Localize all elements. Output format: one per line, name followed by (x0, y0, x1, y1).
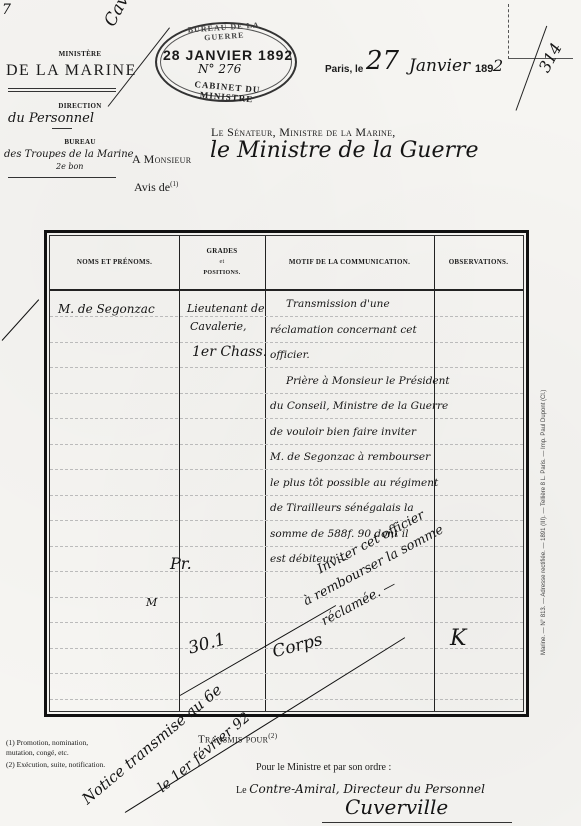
direction-value: du Personnel (8, 111, 94, 126)
column-header-names: NOMS ET PRÉNOMS. (50, 236, 179, 289)
column-header-observations: OBSERVATIONS. (434, 236, 523, 289)
ruled-line (50, 495, 523, 496)
ruled-line (50, 469, 523, 470)
ruled-line (50, 597, 523, 598)
header-rule (8, 88, 116, 92)
motif-line: de Tirailleurs sénégalais la (270, 502, 414, 514)
dateline-month: Janvier (409, 56, 470, 76)
motif-line: de vouloir bien faire inviter (270, 426, 416, 438)
ruled-line (50, 622, 523, 623)
motif-line: M. de Segonzac à rembourser (270, 451, 430, 463)
ministry-label: MINISTÈRE (40, 50, 120, 58)
dateline-year-hand: 2 (493, 56, 503, 75)
cell-grade-3: 1er Chass. (192, 344, 267, 360)
bureau-value: des Troupes de la Marine (4, 149, 134, 160)
header-rule-bottom (8, 177, 116, 178)
transmis-ref: (2) (268, 732, 277, 740)
motif-line: Transmission d'une (286, 298, 390, 310)
corner-mark: 7 (2, 2, 11, 18)
ministry-name: DE LA MARINE (6, 62, 137, 80)
ruled-line (50, 673, 523, 674)
dateline-day: 27 (366, 46, 399, 76)
header-separator (50, 289, 523, 291)
margin-mark-30: 30.1 (186, 629, 228, 658)
motif-line: Prière à Monsieur le Président (286, 375, 450, 387)
transmis-text: Transmis pour (198, 734, 268, 746)
grades-line-3: POSITIONS. (203, 268, 240, 279)
ruled-line (50, 393, 523, 394)
bureau-label: BUREAU (40, 138, 120, 146)
recipient-value: le Ministre de la Guerre (210, 138, 479, 163)
avis-ref: (1) (170, 180, 178, 188)
ruled-line (50, 546, 523, 547)
ruled-line (50, 699, 523, 700)
bureau-sub: 2e bon (56, 162, 83, 171)
cell-name: M. de Segonzac (58, 302, 155, 316)
printer-imprint: Marine. — N° 813. — Adresse rectifiée. —… (541, 390, 547, 655)
margin-mark-corps: Corps (270, 630, 324, 663)
stamp-number: N° 276 (198, 62, 241, 76)
cell-grade-1: Lieutenant de (187, 302, 265, 315)
recipient-label: A Monsieur (132, 152, 191, 167)
signatory-line: Le Contre-Amiral, Directeur du Personnel (236, 782, 485, 796)
motif-line: réclamation concernant cet (270, 324, 417, 336)
cell-grade-2: Cavalerie, (190, 320, 247, 333)
margin-mark-m: M (146, 596, 157, 609)
column-header-motif: MOTIF DE LA COMMUNICATION. (265, 236, 434, 289)
grades-line-1: GRADES (207, 246, 238, 257)
stamp-date: 28 JANVIER 1892 (163, 47, 293, 63)
dateline-prefix: Paris, le (325, 64, 363, 75)
divider (52, 128, 72, 129)
column-header-grades: GRADES et POSITIONS. (179, 236, 265, 289)
ruled-line (50, 367, 523, 368)
ruled-line (50, 520, 523, 521)
signature-rule (322, 822, 512, 823)
signatory-prefix: Le (236, 785, 247, 796)
column-divider (179, 236, 180, 711)
motif-line: le plus tôt possible au régiment (270, 477, 438, 489)
avis-label: Avis de(1) (134, 180, 178, 195)
ruled-line (50, 418, 523, 419)
ruled-line (50, 444, 523, 445)
footnote-1: (1) Promotion, nomination, mutation, con… (6, 738, 114, 758)
motif-line: du Conseil, Ministre de la Guerre (270, 400, 448, 412)
pour-ordre: Pour le Ministre et par son ordre : (256, 762, 391, 773)
column-divider (265, 236, 266, 711)
ruled-line (50, 342, 523, 343)
footnote-2: (2) Exécution, suite, notification. (6, 760, 114, 770)
column-divider (434, 236, 435, 711)
signature: Cuverville (345, 795, 448, 819)
margin-mark-pr: Pr. (170, 554, 192, 573)
grades-line-2: et (220, 257, 225, 268)
observation-initial: K (450, 626, 466, 651)
motif-line: officier. (270, 349, 310, 361)
signatory-title: Contre-Amiral, Directeur du Personnel (249, 782, 485, 796)
avis-text: Avis de (134, 180, 170, 194)
transmis-label: Transmis pour(2) (198, 732, 277, 746)
ruled-line (50, 316, 523, 317)
dateline-year-printed: 189 (475, 63, 493, 75)
ruled-line (50, 571, 523, 572)
communication-table: NOMS ET PRÉNOMS. GRADES et POSITIONS. MO… (44, 230, 529, 717)
